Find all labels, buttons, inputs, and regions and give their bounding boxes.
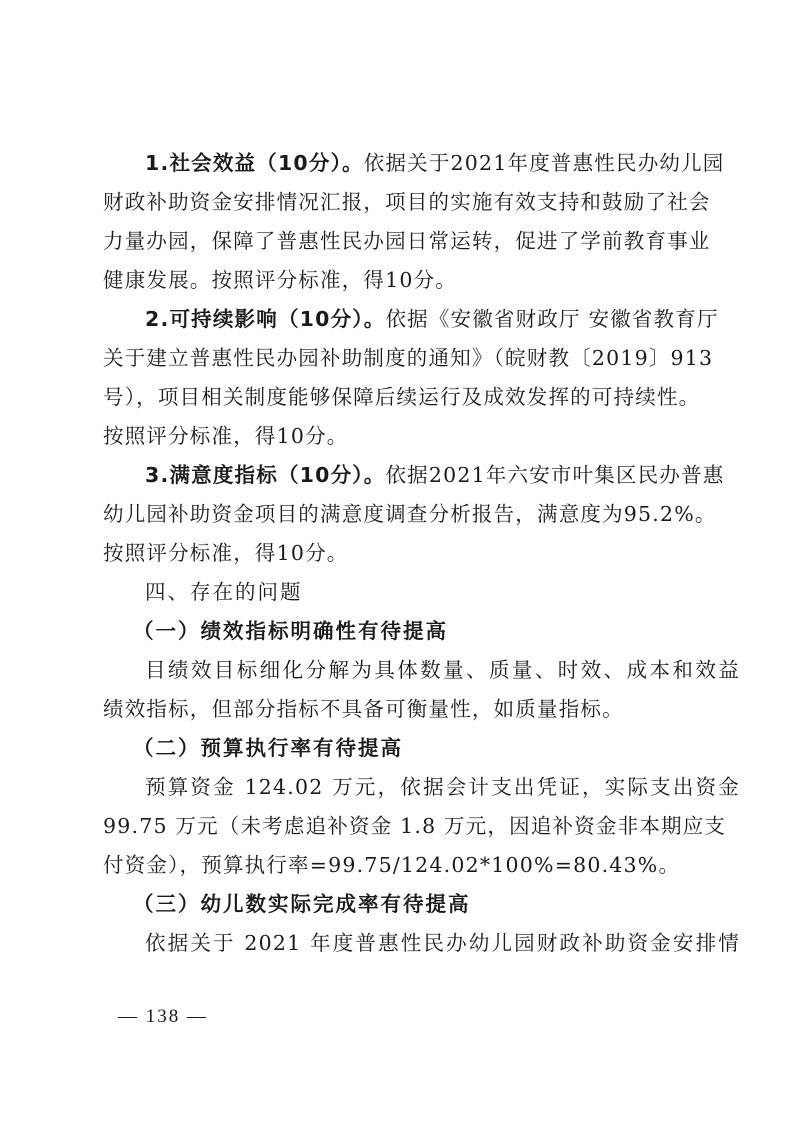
text-line: 99.75 万元（未考虑追补资金 1.8 万元，因追补资金非本期应支 bbox=[103, 812, 698, 840]
subsection-heading: （二）预算执行率有待提高 bbox=[103, 734, 728, 762]
page-number: — 138 — bbox=[118, 1006, 208, 1028]
text-line: 健康发展。按照评分标准，得10分。 bbox=[103, 266, 698, 294]
text-line: 绩效指标，但部分指标不具备可衡量性，如质量指标。 bbox=[103, 695, 698, 723]
text-line: 目绩效目标细化分解为具体数量、质量、时效、成本和效益 bbox=[103, 656, 740, 684]
text-line: 预算资金 124.02 万元，依据会计支出凭证，实际支出资金 bbox=[103, 773, 740, 801]
subsection-heading: （一）绩效指标明确性有待提高 bbox=[103, 617, 728, 645]
text-line: 按照评分标准，得10分。 bbox=[103, 422, 698, 450]
text-line: 号），项目相关制度能够保障后续运行及成效发挥的可持续性。 bbox=[103, 383, 698, 411]
text-line: 按照评分标准，得10分。 bbox=[103, 539, 698, 567]
text-line: 付资金），预算执行率=99.75/124.02*100%=80.43%。 bbox=[103, 851, 698, 879]
text-line: 财政补助资金安排情况汇报，项目的实施有效支持和鼓励了社会 bbox=[103, 188, 698, 216]
item-heading: 3.满意度指标（10分）。 bbox=[145, 463, 385, 487]
text-line: 力量办园，保障了普惠性民办园日常运转，促进了学前教育事业 bbox=[103, 227, 698, 255]
paragraph-sustainability: 2.可持续影响（10分）。依据《安徽省财政厅 安徽省教育厅 bbox=[103, 305, 740, 333]
section-heading: 四、存在的问题 bbox=[103, 578, 740, 606]
paragraph-satisfaction: 3.满意度指标（10分）。依据2021年六安市叶集区民办普惠 bbox=[103, 461, 740, 489]
item-heading: 1.社会效益（10分）。 bbox=[145, 151, 364, 175]
text-line: 依据关于 2021 年度普惠性民办幼儿园财政补助资金安排情 bbox=[103, 929, 740, 957]
paragraph-social-benefit: 1.社会效益（10分）。依据关于2021年度普惠性民办幼儿园 bbox=[103, 149, 740, 177]
text-line: 幼儿园补助资金项目的满意度调查分析报告，满意度为95.2%。 bbox=[103, 500, 698, 528]
text-line: 关于建立普惠性民办园补助制度的通知》（皖财教〔2019〕913 bbox=[103, 344, 698, 372]
subsection-heading: （三）幼儿数实际完成率有待提高 bbox=[103, 890, 728, 918]
item-heading: 2.可持续影响（10分）。 bbox=[145, 307, 385, 331]
